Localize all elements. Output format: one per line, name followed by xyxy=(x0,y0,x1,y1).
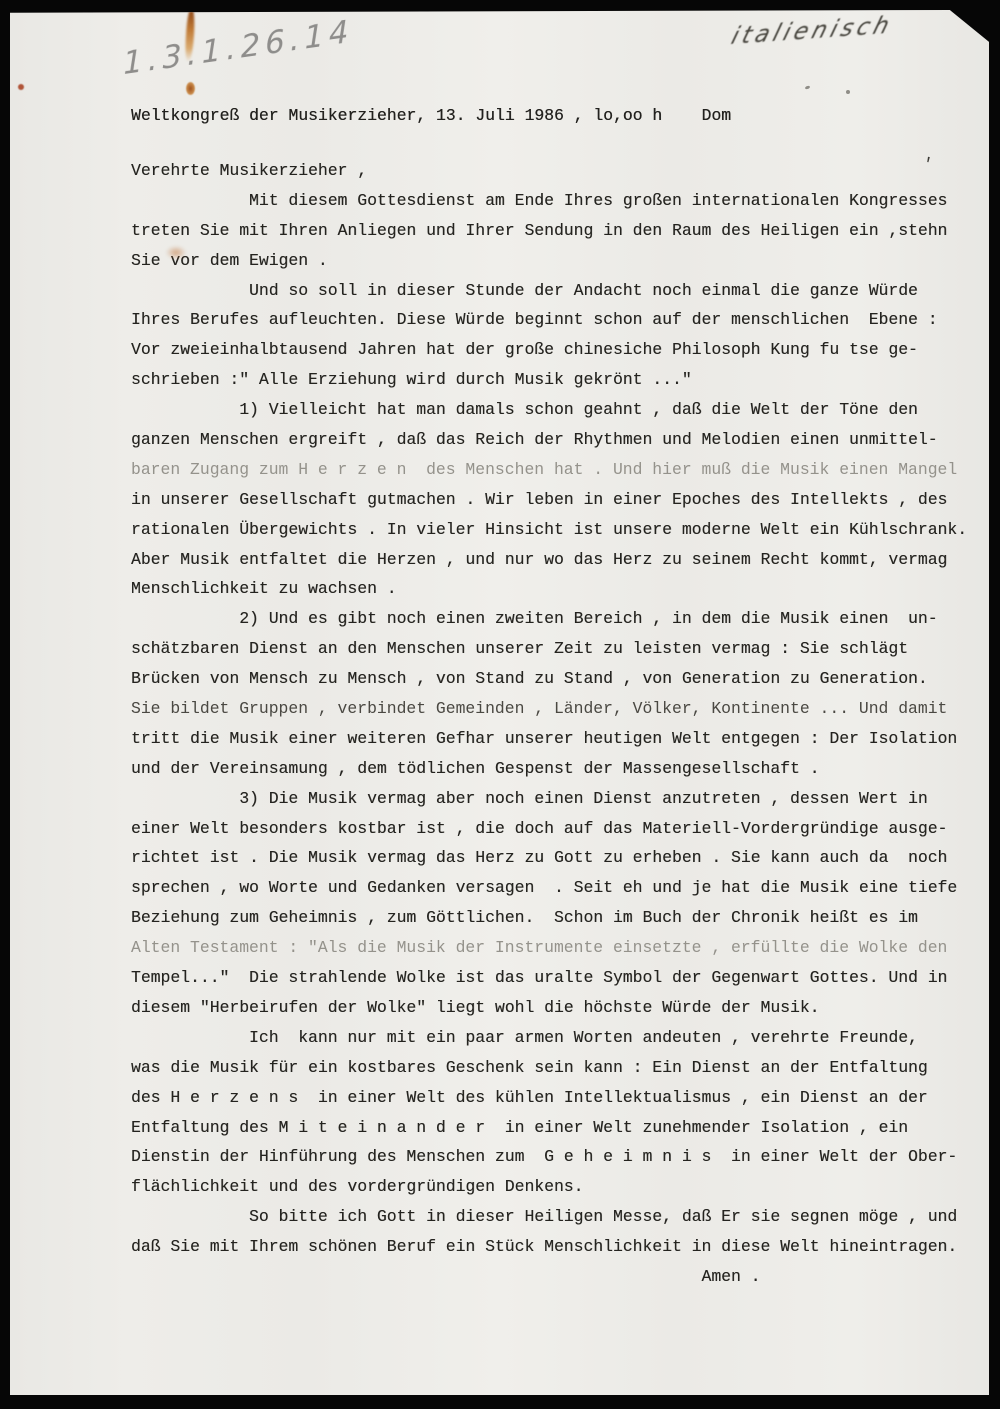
typed-line: schrieben :" Alle Erziehung wird durch M… xyxy=(131,365,967,395)
typed-line: Ihres Berufes aufleuchten. Diese Würde b… xyxy=(131,305,967,335)
typed-line: treten Sie mit Ihren Anliegen und Ihrer … xyxy=(131,216,967,246)
red-ink-dot xyxy=(18,84,24,90)
typed-line: Alten Testament : "Als die Musik der Ins… xyxy=(131,933,967,963)
scan-speck xyxy=(846,90,850,94)
typed-line: Mit diesem Gottesdienst am Ende Ihres gr… xyxy=(131,186,967,216)
typed-line: Ich kann nur mit ein paar armen Worten a… xyxy=(131,1023,967,1053)
typed-line: 1) Vielleicht hat man damals schon geahn… xyxy=(131,395,967,425)
typed-line: was die Musik für ein kostbares Geschenk… xyxy=(131,1053,967,1083)
scanned-page: 1.3.1.26.14 italienisch Weltkongreß der … xyxy=(0,0,1000,1409)
typed-line: Vor zweieinhalbtausend Jahren hat der gr… xyxy=(131,335,967,365)
typed-line: schätzbaren Dienst an den Menschen unser… xyxy=(131,634,967,664)
handwritten-archive-number: 1.3.1.26.14 xyxy=(122,14,353,83)
document-title: Weltkongreß der Musikerzieher, 13. Juli … xyxy=(131,106,731,125)
typed-line: Sie vor dem Ewigen . xyxy=(131,246,967,276)
typed-line: Verehrte Musikerzieher , xyxy=(131,156,967,186)
typed-line: So bitte ich Gott in dieser Heiligen Mes… xyxy=(131,1202,967,1232)
rust-stain-dot xyxy=(186,82,195,95)
typed-line: Beziehung zum Geheimnis , zum Göttlichen… xyxy=(131,903,967,933)
typed-line: daß Sie mit Ihrem schönen Beruf ein Stüc… xyxy=(131,1232,967,1262)
typed-line: Brücken von Mensch zu Mensch , von Stand… xyxy=(131,664,967,694)
typed-line: des H e r z e n s in einer Welt des kühl… xyxy=(131,1083,967,1113)
typed-line: Sie bildet Gruppen , verbindet Gemeinden… xyxy=(131,694,967,724)
typed-line: Amen . xyxy=(131,1262,967,1292)
typed-line: in unserer Gesellschaft gutmachen . Wir … xyxy=(131,485,967,515)
typed-line: tritt die Musik einer weiteren Gefhar un… xyxy=(131,724,967,754)
typed-line: einer Welt besonders kostbar ist , die d… xyxy=(131,814,967,844)
typed-line: richtet ist . Die Musik vermag das Herz … xyxy=(131,843,967,873)
typed-line: und der Vereinsamung , dem tödlichen Ges… xyxy=(131,754,967,784)
typed-lines: Verehrte Musikerzieher , Mit diesem Gott… xyxy=(131,156,967,1292)
typed-line: baren Zugang zum H e r z e n des Mensche… xyxy=(131,455,967,485)
scan-speck xyxy=(805,85,811,90)
typed-line: flächlichkeit und des vordergründigen De… xyxy=(131,1172,967,1202)
typed-line: Tempel..." Die strahlende Wolke ist das … xyxy=(131,963,967,993)
typed-line: Und so soll in dieser Stunde der Andacht… xyxy=(131,276,967,306)
typed-line: ganzen Menschen ergreift , daß das Reich… xyxy=(131,425,967,455)
handwritten-language-note: italienisch xyxy=(728,12,896,50)
typed-line: Dienstin der Hinführung des Menschen zum… xyxy=(131,1142,967,1172)
typed-line: rationalen Übergewichts . In vieler Hins… xyxy=(131,515,967,545)
typed-line: Entfaltung des M i t e i n a n d e r in … xyxy=(131,1113,967,1143)
typed-line: sprechen , wo Worte und Gedanken versage… xyxy=(131,873,967,903)
typed-line: 3) Die Musik vermag aber noch einen Dien… xyxy=(131,784,967,814)
typed-line: 2) Und es gibt noch einen zweiten Bereic… xyxy=(131,604,967,634)
typed-line: Menschlichkeit zu wachsen . xyxy=(131,574,967,604)
typed-line: diesem "Herbeirufen der Wolke" liegt woh… xyxy=(131,993,967,1023)
typed-line: Aber Musik entfaltet die Herzen , und nu… xyxy=(131,545,967,575)
paper-sheet: 1.3.1.26.14 italienisch Weltkongreß der … xyxy=(10,10,989,1395)
